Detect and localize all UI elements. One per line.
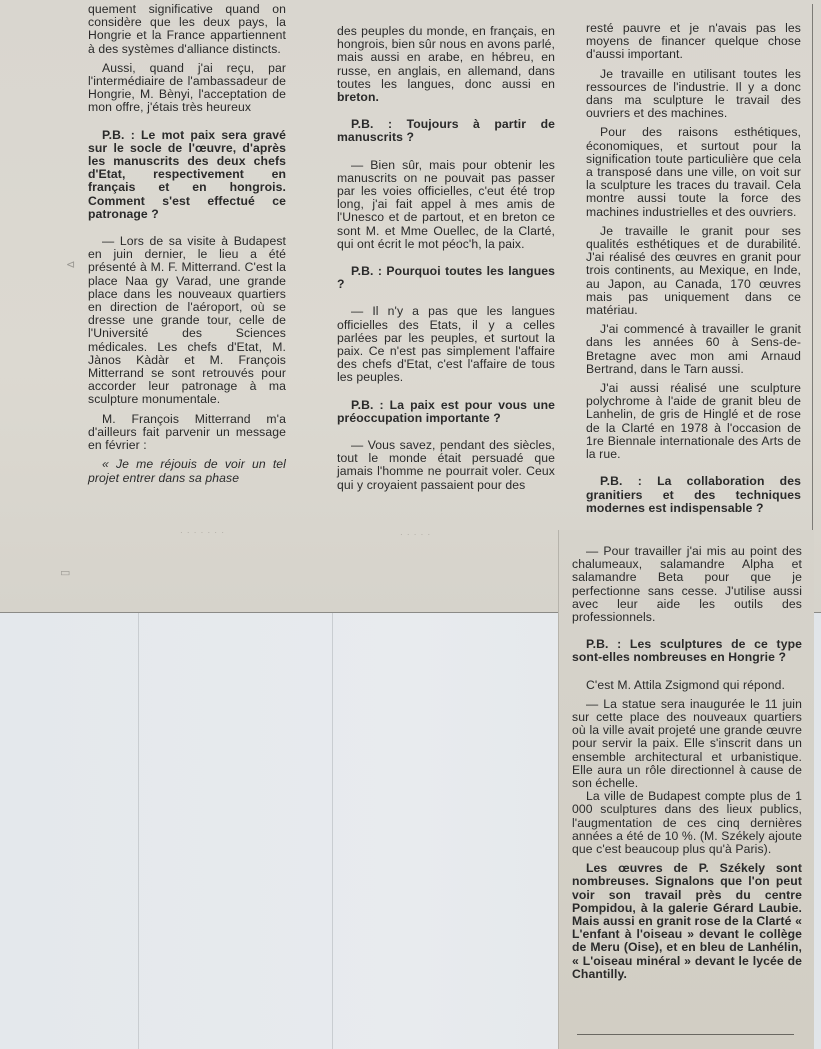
interview-question: P.B. : Pourquoi toutes les langues ?: [337, 265, 555, 291]
interview-question: P.B. : Toujours à partir de manuscrits ?: [337, 118, 555, 144]
closing-note: Les œuvres de P. Székely sont nombreuses…: [572, 862, 802, 981]
paragraph: — Lors de sa visite à Budapest en juin d…: [88, 235, 286, 407]
paragraph: M. François Mitterrand m'a d'ailleurs fa…: [88, 413, 286, 453]
bleed-through-text: · · · · ·: [400, 530, 431, 539]
bottom-rule: [577, 1034, 794, 1035]
paragraph: Pour des raisons esthétiques, économique…: [586, 126, 801, 218]
paragraph-continuation: des peuples du monde, en français, en ho…: [337, 25, 555, 104]
bleed-through-text: · · · · · · ·: [180, 528, 225, 537]
paragraph: — Bien sûr, mais pour obtenir les manusc…: [337, 159, 555, 251]
paragraph-continuation: quement significative quand on considère…: [88, 3, 286, 56]
quoted-message: « Je me réjouis de voir un tel projet en…: [88, 458, 286, 484]
interview-question: P.B. : La paix est pour vous une préoccu…: [337, 399, 555, 425]
paragraph: J'ai commencé à travailler le granit dan…: [586, 323, 801, 376]
article-column-3-continued: — Pour travailler j'ai mis au point des …: [572, 545, 802, 981]
emphasis: breton.: [337, 90, 379, 104]
interview-question: P.B. : La collaboration des granitiers e…: [586, 475, 801, 515]
paragraph: Je travaille en utilisant toutes les res…: [586, 68, 801, 121]
paragraph: — Il n'y a pas que les langues officiell…: [337, 305, 555, 384]
newspaper-clipping-top: ⊲ ▭ · · · · · · · · · · · · quement sign…: [0, 0, 821, 613]
fold-line: [332, 610, 333, 1049]
interview-question: P.B. : Le mot paix sera gravé sur le soc…: [88, 129, 286, 221]
paragraph: La ville de Budapest compte plus de 1 00…: [572, 790, 802, 856]
article-column-3: resté pauvre et je n'avais pas les moyen…: [586, 22, 801, 529]
paragraph: Je travaille le granit pour ses qualités…: [586, 225, 801, 317]
article-column-1: quement significative quand on considère…: [88, 3, 286, 485]
pencil-mark-icon: ▭: [60, 566, 70, 579]
interview-question: P.B. : Les sculptures de ce type sont-el…: [572, 638, 802, 664]
paragraph: C'est M. Attila Zsigmond qui répond.: [572, 679, 802, 692]
paragraph-continuation: resté pauvre et je n'avais pas les moyen…: [586, 22, 801, 62]
paragraph: — La statue sera inaugurée le 11 juin su…: [572, 698, 802, 790]
paragraph: — Pour travailler j'ai mis au point des …: [572, 545, 802, 624]
paragraph: Aussi, quand j'ai reçu, par l'intermédia…: [88, 62, 286, 115]
fold-line: [138, 610, 139, 1049]
pencil-mark-icon: ⊲: [66, 258, 75, 271]
paragraph: J'ai aussi réalisé une sculpture polychr…: [586, 382, 801, 461]
article-column-2: des peuples du monde, en français, en ho…: [337, 25, 555, 492]
paragraph: — Vous savez, pendant des siècles, tout …: [337, 439, 555, 492]
column-rule: [812, 4, 813, 610]
